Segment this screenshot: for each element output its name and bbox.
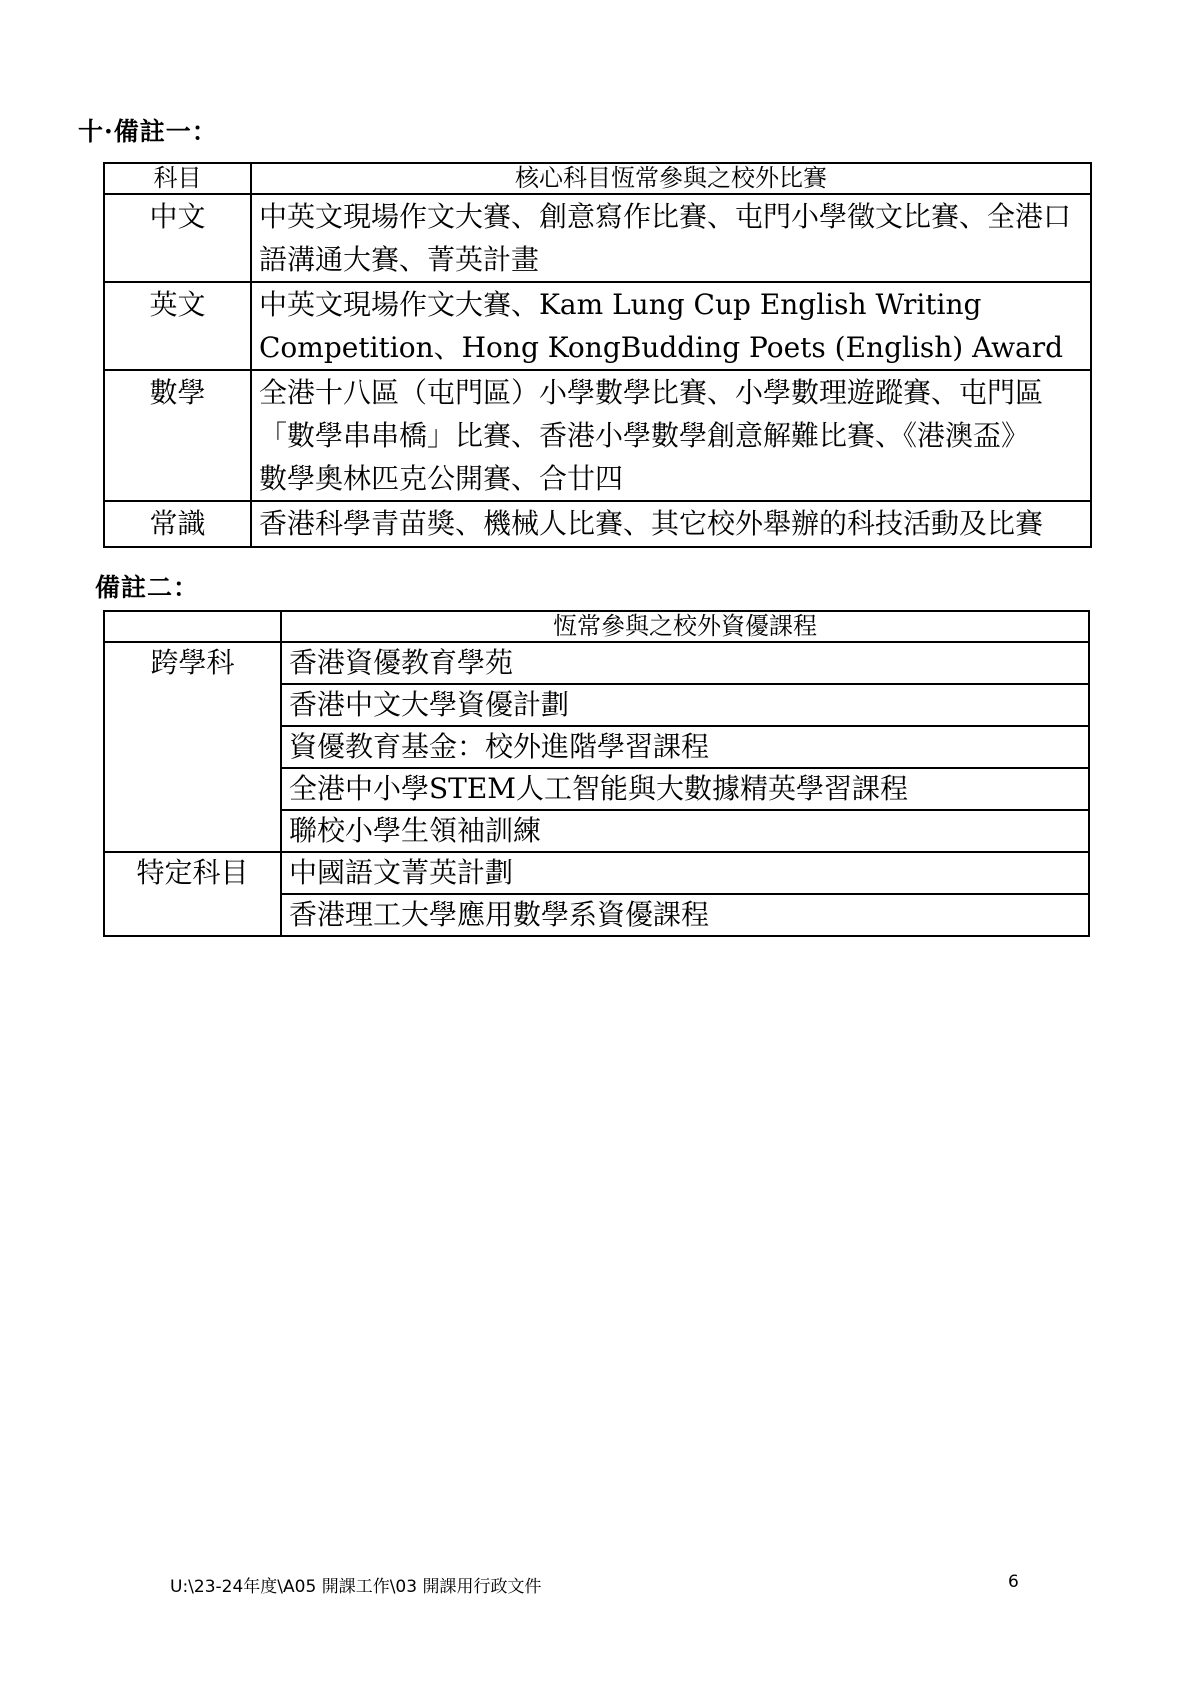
document-page: 十·備註一： 科目 核心科目恆常參與之校外比賽 中文 中英文現場作文大賽、創意寫… [0,0,1202,1700]
table-row: 中文 中英文現場作文大賽、創意寫作比賽、屯門小學徵文比賽、全港口 語溝通大賽、菁… [104,194,1091,282]
content-cell-general-studies: 香港科學青苗獎、機械人比賽、其它校外舉辦的科技活動及比賽 [251,501,1091,547]
course-cell: 香港中文大學資優計劃 [281,684,1089,726]
subject-cell-math: 數學 [104,370,251,501]
page-footer: U:\23-24年度\A05 開課工作\03 開課用行政文件 6 [0,1572,1202,1596]
course-cell: 香港資優教育學苑 [281,642,1089,684]
category-cell-cross-disciplinary: 跨學科 [104,642,281,852]
table-row: 常識 香港科學青苗獎、機械人比賽、其它校外舉辦的科技活動及比賽 [104,501,1091,547]
table-row: 特定科目 中國語文菁英計劃 [104,852,1089,894]
subject-cell-english: 英文 [104,282,251,370]
course-cell: 香港理工大學應用數學系資優課程 [281,894,1089,936]
remark1-table-header-row: 科目 核心科目恆常參與之校外比賽 [104,163,1091,194]
content-cell-math: 全港十八區（屯門區）小學數學比賽、小學數理遊蹤賽、屯門區 「數學串串橋」比賽、香… [251,370,1091,501]
remark2-table: 恆常參與之校外資優課程 跨學科 香港資優教育學苑 香港中文大學資優計劃 資優教育… [103,610,1090,937]
course-cell: 聯校小學生領袖訓練 [281,810,1089,852]
course-cell: 全港中小學STEM人工智能與大數據精英學習課程 [281,768,1089,810]
course-cell: 中國語文菁英計劃 [281,852,1089,894]
remark2-table-header-row: 恆常參與之校外資優課程 [104,611,1089,642]
remark2-header-title-cell: 恆常參與之校外資優課程 [281,611,1089,642]
content-cell-english: 中英文現場作文大賽、Kam Lung Cup English Writing C… [251,282,1091,370]
content-cell-chinese: 中英文現場作文大賽、創意寫作比賽、屯門小學徵文比賽、全港口 語溝通大賽、菁英計畫 [251,194,1091,282]
remark1-table: 科目 核心科目恆常參與之校外比賽 中文 中英文現場作文大賽、創意寫作比賽、屯門小… [103,162,1092,548]
subject-cell-general-studies: 常識 [104,501,251,547]
table-row: 數學 全港十八區（屯門區）小學數學比賽、小學數理遊蹤賽、屯門區 「數學串串橋」比… [104,370,1091,501]
subject-cell-chinese: 中文 [104,194,251,282]
section-heading-remark-2: 備註二： [95,568,199,604]
category-cell-specific-subjects: 特定科目 [104,852,281,936]
remark1-header-title-cell: 核心科目恆常參與之校外比賽 [251,163,1091,194]
footer-page-number: 6 [1008,1572,1019,1592]
remark2-header-empty-cell [104,611,281,642]
table-row: 跨學科 香港資優教育學苑 [104,642,1089,684]
table-row: 英文 中英文現場作文大賽、Kam Lung Cup English Writin… [104,282,1091,370]
section-heading-remark-1: 十·備註一： [78,112,218,148]
course-cell: 資優教育基金：校外進階學習課程 [281,726,1089,768]
footer-file-path: U:\23-24年度\A05 開課工作\03 開課用行政文件 [170,1572,541,1597]
remark1-header-subject-cell: 科目 [104,163,251,194]
